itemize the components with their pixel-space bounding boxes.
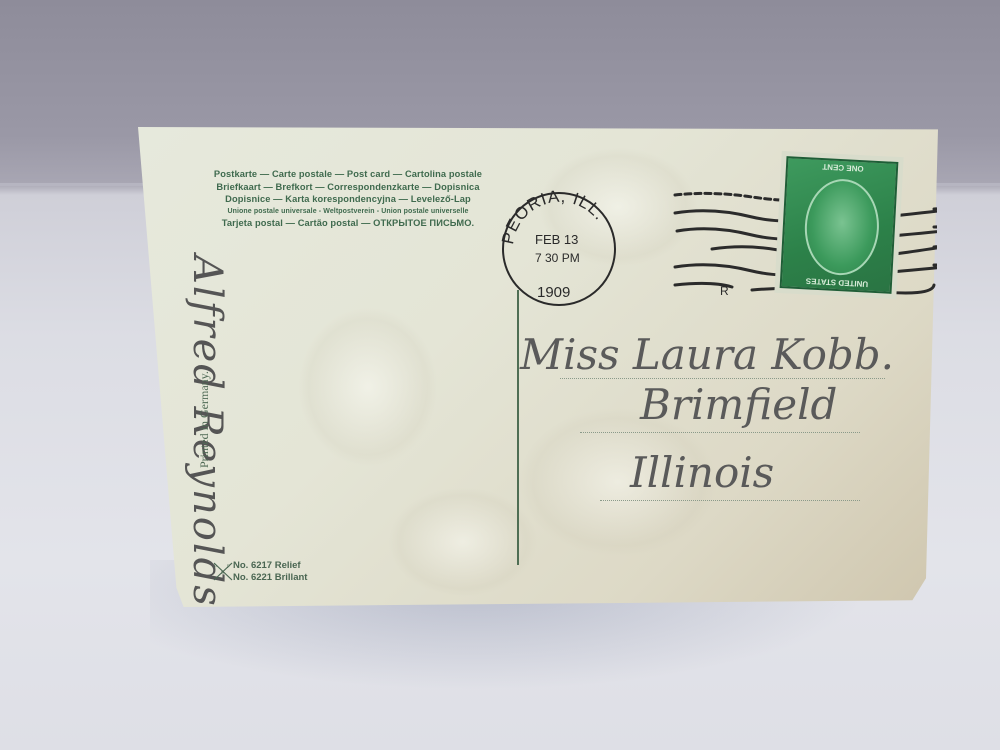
postmark-date: FEB 13 [535,232,578,247]
address-city: Brimfield [640,380,837,429]
postcard-header: Postkarte — Carte postale — Post card — … [188,168,508,229]
emboss-relief [388,487,538,597]
postmark-year: 1909 [537,284,570,301]
svg-text:F: F [227,565,230,570]
postage-stamp: ONE CENT UNITED STATES [774,151,903,299]
svg-text:S: S [221,571,224,576]
cancel-letter: R [720,284,729,298]
svg-text:P: P [214,565,217,570]
publisher-logo-icon: P F S [212,561,234,581]
stamp-portrait [802,177,881,277]
postmark-circle: PEORIA, ILL. FEB 13 7 30 PM 1909 [495,187,623,307]
publisher-line: No. 6221 Brillant [233,572,307,584]
header-line: Briefkaart — Brefkort — Correspondenzkar… [188,181,508,194]
header-line: Tarjeta postal — Cartão postal — ОТКРЫТО… [188,217,508,230]
stamp-denomination: ONE CENT [796,161,890,175]
portrait-stamp-icon: ONE CENT UNITED STATES [780,156,899,294]
address-state: Illinois [630,448,774,497]
emboss-relief [298,307,438,467]
address-divider [517,290,519,565]
header-line: Postkarte — Carte postale — Post card — … [188,168,508,181]
stamp-country: UNITED STATES [790,276,884,290]
postmark-time: 7 30 PM [535,251,580,265]
address-line [580,432,860,433]
publisher-line: No. 6217 Relief [233,560,307,572]
header-line: Dopisnice — Karta korespondencyjna — Lev… [188,193,508,206]
publisher-numbers: No. 6217 Relief No. 6221 Brillant [233,560,307,583]
address-name: Miss Laura Kobb. [520,330,894,379]
address-line [600,500,860,501]
printed-in-germany: Printed in Germany. [197,371,212,468]
header-line: Unione postale universale - Weltpostvere… [188,206,508,217]
